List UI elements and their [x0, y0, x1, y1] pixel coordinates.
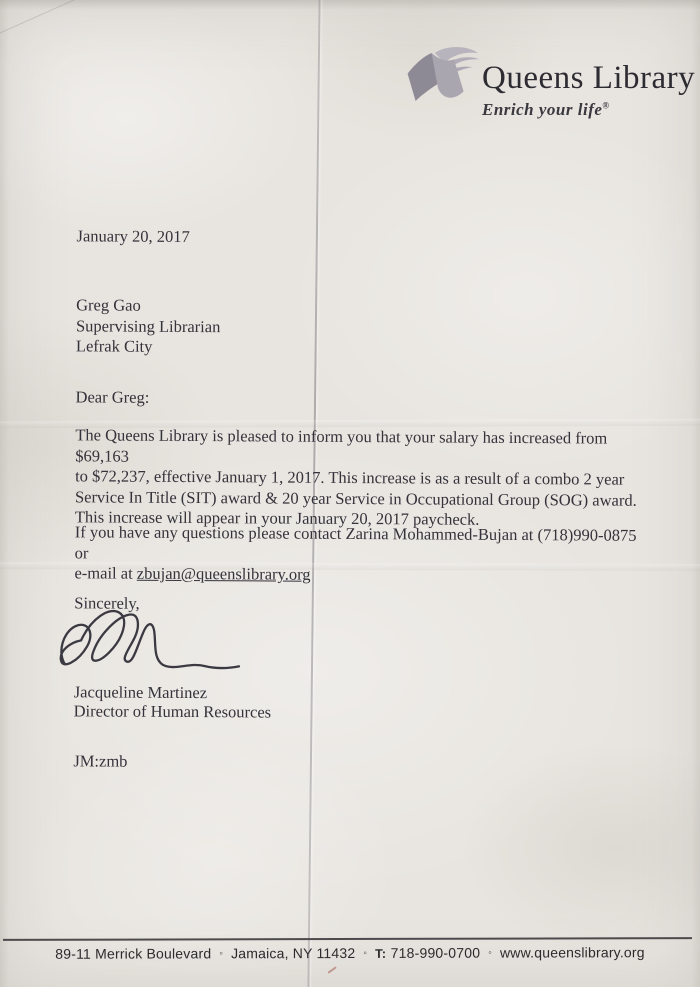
contact-email: zbujan@queenslibrary.org [137, 564, 311, 584]
footer: 89-11 Merrick Boulevard◦Jamaica, NY 1143… [0, 944, 700, 962]
body-paragraph-1: The Queens Library is pleased to inform … [75, 425, 651, 531]
recipient-name: Greg Gao [76, 295, 220, 316]
recipient-title: Supervising Librarian [76, 316, 220, 337]
letter-date: January 20, 2017 [77, 226, 190, 247]
footer-separator: ◦ [219, 948, 223, 959]
paragraph-line: e-mail at zbujan@queenslibrary.org [74, 563, 649, 587]
recipient-block: Greg Gao Supervising Librarian Lefrak Ci… [76, 295, 221, 357]
handwritten-signature [55, 606, 250, 685]
footer-city: Jamaica, NY 11432 [231, 945, 355, 961]
paragraph-line: The Queens Library is pleased to inform … [75, 425, 650, 470]
footer-separator: ◦ [363, 948, 367, 959]
salutation: Dear Greg: [76, 387, 150, 408]
scanned-letter-page: Queens Library Enrich your life® January… [0, 0, 700, 987]
signer-name: Jacqueline Martinez [74, 682, 207, 703]
body-paragraph-2: If you have any questions please contact… [74, 522, 649, 587]
footer-address: 89-11 Merrick Boulevard [55, 945, 211, 961]
footer-website: www.queenslibrary.org [500, 944, 645, 960]
letter-body: January 20, 2017 Greg Gao Supervising Li… [0, 0, 700, 987]
footer-separator: ◦ [488, 948, 492, 959]
footer-phone-label: T: [375, 947, 386, 961]
reference-initials: JM:zmb [73, 751, 127, 772]
paragraph-line: If you have any questions please contact… [75, 522, 650, 567]
recipient-location: Lefrak City [76, 336, 220, 357]
footer-phone: 718-990-0700 [391, 945, 481, 961]
paragraph-line: to $72,237, effective January 1, 2017. T… [75, 466, 650, 490]
signer-title: Director of Human Resources [74, 701, 272, 723]
